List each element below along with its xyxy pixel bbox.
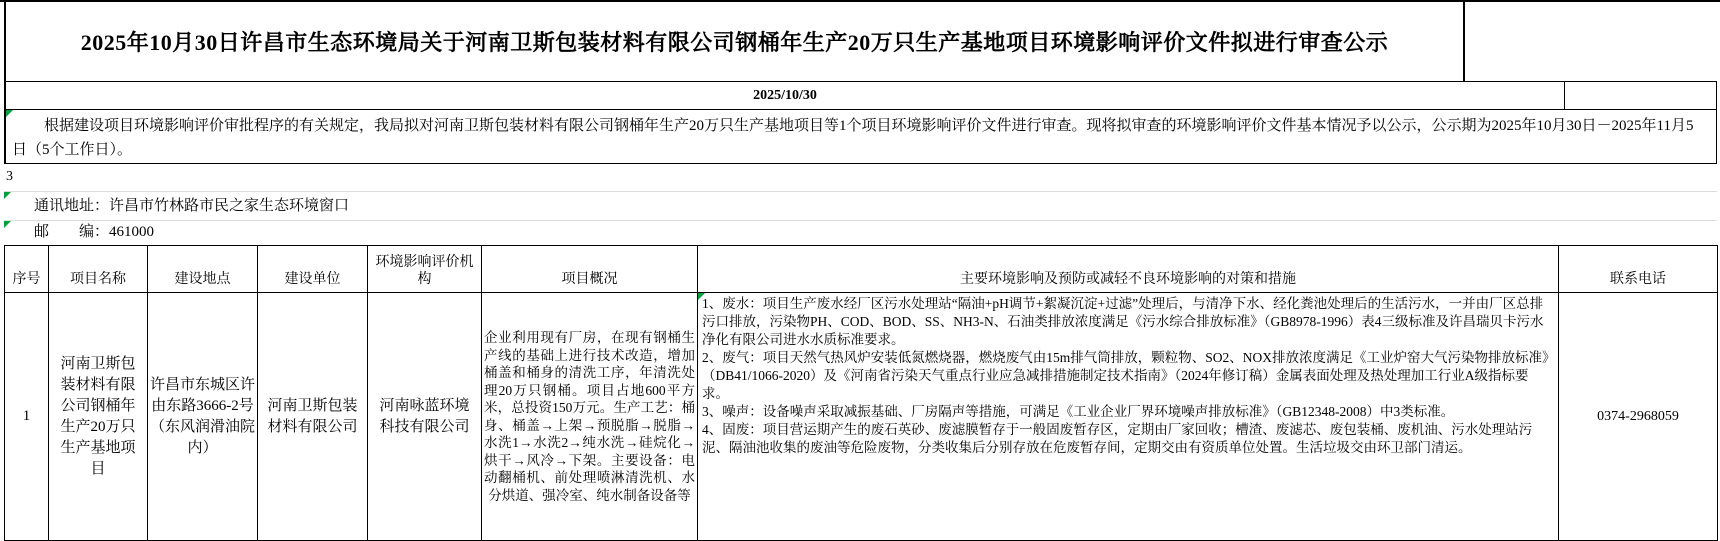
measure-item-solid-waste: 4、固废：项目营运期产生的废石英砂、废滤膜暂存于一般固废暂存区，定期由厂家回收；… (702, 421, 1554, 457)
phone-cell: 0374-2968059 (1559, 293, 1718, 541)
cell-flag-icon (4, 192, 11, 199)
column-header-overview: 项目概况 (482, 246, 698, 293)
eia-review-table: 序号 项目名称 建设地点 建设单位 环境影响评价机构 项目概况 主要环境影响及预… (4, 245, 1718, 541)
measure-item-noise: 3、噪声：设备噪声采取减振基础、厂房隔声等措施，可满足《工业企业厂界环境噪声排放… (702, 403, 1554, 421)
table-header-row: 序号 项目名称 建设地点 建设单位 环境影响评价机构 项目概况 主要环境影响及预… (5, 246, 1718, 293)
contact-address-row: 通讯地址：许昌市竹林路市民之家生态环境窗口 (4, 192, 1717, 221)
date-row: 2025/10/30 (4, 81, 1717, 110)
cell-flag-icon (4, 221, 11, 228)
project-name-cell: 河南卫斯包装材料有限公司钢桶年生产20万只生产基地项目 (49, 293, 148, 541)
column-header-seq: 序号 (5, 246, 49, 293)
location-cell: 许昌市东城区许由东路3666-2号（东风润滑油院内） (148, 293, 258, 541)
column-header-phone: 联系电话 (1559, 246, 1718, 293)
eia-agency-cell: 河南咏蓝环境科技有限公司 (368, 293, 482, 541)
announcement-page: 2025年10月30日许昌市生态环境局关于河南卫斯包装材料有限公司钢桶年生产20… (0, 0, 1720, 541)
row-number-3: 3 (4, 164, 1717, 192)
table-row: 1 河南卫斯包装材料有限公司钢桶年生产20万只生产基地项目 许昌市东城区许由东路… (5, 293, 1718, 541)
cell-flag-icon (6, 110, 13, 117)
column-header-project-name: 项目名称 (49, 246, 148, 293)
cell-flag-icon (698, 293, 705, 300)
contact-address: 通讯地址：许昌市竹林路市民之家生态环境窗口 (34, 198, 349, 214)
title-box: 2025年10月30日许昌市生态环境局关于河南卫斯包装材料有限公司钢桶年生产20… (4, 2, 1465, 81)
postcode-row: 邮 编：461000 (4, 221, 1717, 245)
column-header-builder: 建设单位 (258, 246, 368, 293)
column-header-eia-agency: 环境影响评价机构 (368, 246, 482, 293)
column-header-measures: 主要环境影响及预防或减轻不良环境影响的对策和措施 (698, 246, 1559, 293)
project-overview-cell: 企业利用现有厂房，在现有钢桶生产线的基础上进行技术改造，增加桶盖和桶身的清洗工序… (482, 293, 698, 541)
seq-cell: 1 (5, 293, 49, 541)
measures-cell: 1、废水：项目生产废水经厂区污水处理站“隔油+pH调节+絮凝沉淀+过滤”处理后，… (698, 293, 1559, 541)
postcode: 邮 编：461000 (34, 224, 154, 240)
column-header-location: 建设地点 (148, 246, 258, 293)
measure-item-gas: 2、废气：项目天然气热风炉安装低氮燃烧器，燃烧废气由15m排气筒排放，颗粒物、S… (702, 349, 1554, 403)
notice-paragraph: 根据建设项目环境影响评价审批程序的有关规定，我局拟对河南卫斯包装材料有限公司钢桶… (12, 114, 1708, 162)
notice-paragraph-box: 根据建设项目环境影响评价审批程序的有关规定，我局拟对河南卫斯包装材料有限公司钢桶… (4, 110, 1717, 164)
measure-item-wastewater: 1、废水：项目生产废水经厂区污水处理站“隔油+pH调节+絮凝沉淀+过滤”处理后，… (702, 295, 1554, 349)
builder-cell: 河南卫斯包装材料有限公司 (258, 293, 368, 541)
page-title: 2025年10月30日许昌市生态环境局关于河南卫斯包装材料有限公司钢桶年生产20… (81, 26, 1389, 57)
publish-date: 2025/10/30 (6, 82, 1565, 109)
